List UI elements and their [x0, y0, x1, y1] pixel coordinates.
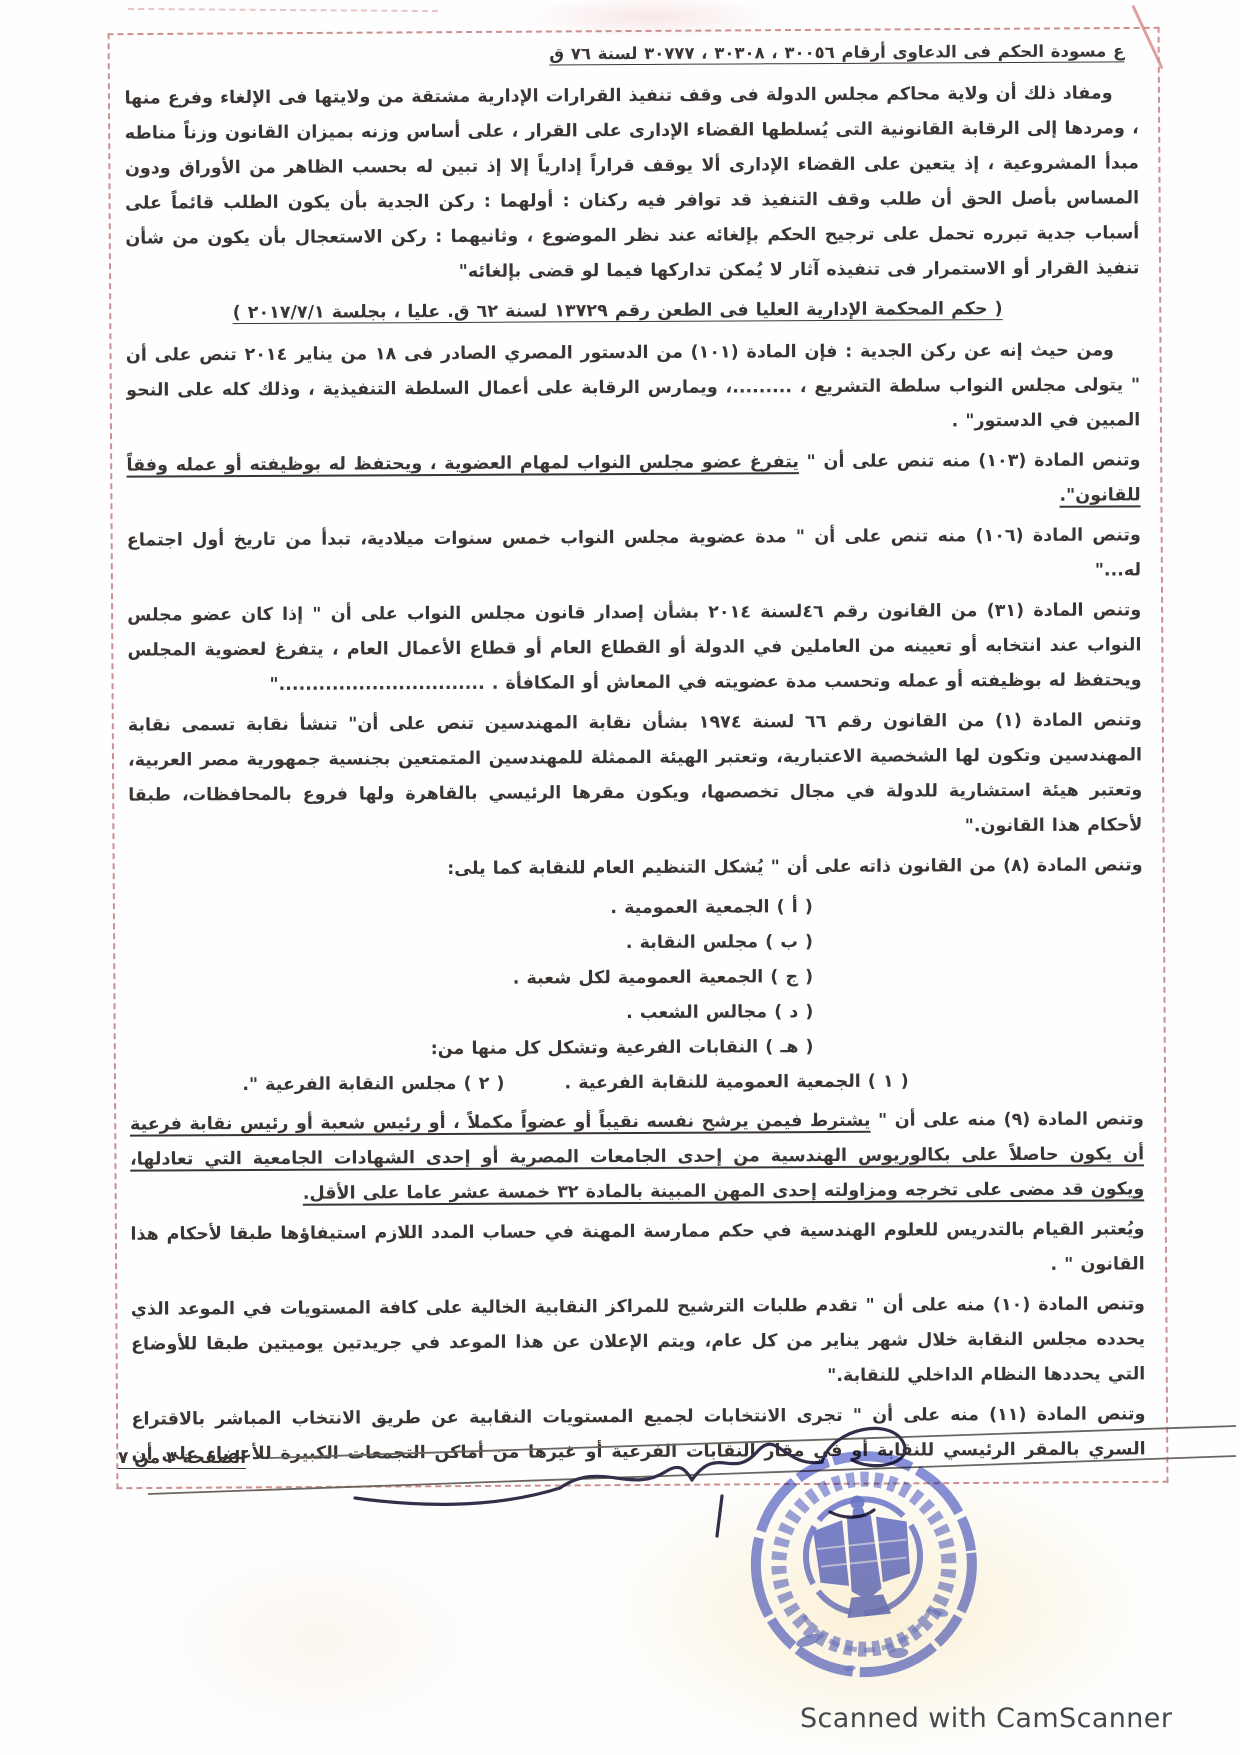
paragraph-article-9-teaching: ويُعتبر القيام بالتدريس للعلوم الهندسية …	[130, 1212, 1144, 1287]
article-9-prefix: وتنص المادة (٩) منه على أن "	[870, 1109, 1143, 1130]
org-item-a: ( أ ) الجمعية العمومية .	[129, 888, 1143, 928]
pencil-lines	[148, 1426, 1236, 1494]
paragraph-article-10: وتنص المادة (١٠) منه على أن " تقدم طلبات…	[131, 1287, 1146, 1397]
official-blue-eagle-stamp	[727, 1432, 1005, 1719]
org-sub-items: ( ١ ) الجمعية العمومية للنقابة الفرعية .…	[130, 1063, 1144, 1103]
paragraph-vacatur-principle: ومفاد ذلك أن ولاية محاكم مجلس الدولة فى …	[124, 76, 1139, 291]
org-sub-item-2: ( ٢ ) مجلس النقابة الفرعية ".	[242, 1067, 504, 1103]
org-item-c: ( ج ) الجمعية العمومية لكل شعبة .	[129, 958, 1143, 998]
paragraph-article-1-law-66: وتنص المادة (١) من القانون رقم ٦٦ لسنة ١…	[128, 703, 1143, 848]
scan-stain-warm	[150, 1540, 490, 1740]
org-item-b: ( ب ) مجلس النقابة .	[129, 923, 1143, 963]
paragraph-article-9: وتنص المادة (٩) منه على أن " يشترط فيمن …	[130, 1102, 1145, 1212]
seriousness-lead: ومن حيث إنه عن ركن الجدية :	[837, 340, 1114, 361]
paragraph-article-31-law-46: وتنص المادة (٣١) من القانون رقم ٤٦لسنة ٢…	[127, 593, 1142, 703]
top-border-remnant	[128, 8, 438, 12]
scanned-court-document-page: ع مسودة الحكم فى الدعاوى أرقام ٣٠٠٥٦ ، ٣…	[0, 0, 1240, 1755]
handwritten-signature	[130, 1408, 1240, 1558]
article-103-prefix: وتنص المادة (١٠٣) منه تنص على أن "	[799, 450, 1141, 472]
paragraph-article-8-intro: وتنص المادة (٨) من القانون ذاته على أن "…	[129, 848, 1143, 888]
org-sub-item-1: ( ١ ) الجمعية العمومية للنقابة الفرعية .	[564, 1065, 908, 1102]
org-item-e: ( هـ ) النقابات الفرعية وتشكل كل منها من…	[129, 1028, 1143, 1068]
paragraph-article-106: وتنص المادة (١٠٦) منه تنص على أن " مدة ع…	[127, 518, 1141, 593]
paragraph-article-101: ومن حيث إنه عن ركن الجدية : فإن المادة (…	[126, 333, 1141, 443]
supreme-court-citation: ( حكم المحكمة الإدارية العليا فى الطعن ر…	[126, 292, 1110, 332]
org-item-d: ( د ) مجالس الشعب .	[129, 993, 1143, 1033]
case-header: ع مسودة الحكم فى الدعاوى أرقام ٣٠٠٥٦ ، ٣…	[124, 33, 1124, 73]
document-body: ع مسودة الحكم فى الدعاوى أرقام ٣٠٠٥٦ ، ٣…	[124, 33, 1146, 1476]
paragraph-article-103: وتنص المادة (١٠٣) منه تنص على أن " يتفرغ…	[126, 443, 1140, 518]
